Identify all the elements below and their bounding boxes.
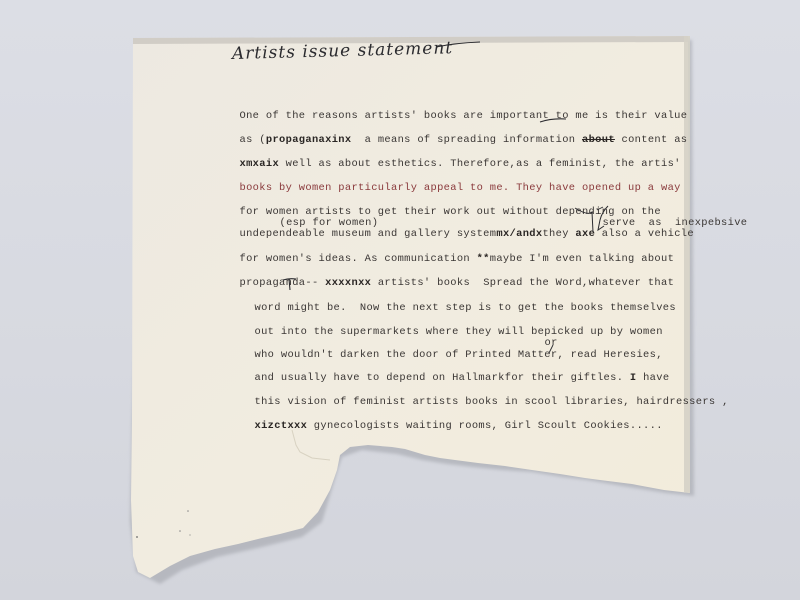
struck-out-text: xxxxnxx — [325, 277, 371, 289]
struck-out-text: about — [582, 134, 615, 146]
struck-out-text: ** — [477, 253, 490, 265]
line-text: as ( — [240, 134, 266, 146]
line-text: propaganda-- — [240, 277, 326, 289]
struck-out-text: axe — [575, 228, 595, 240]
line-text: also a vehicle — [595, 228, 694, 240]
struck-out-text: mx/andx — [496, 228, 542, 240]
struck-out-text: xizctxxx — [255, 420, 308, 432]
typed-line: xizctxxx gynecologists waiting rooms, Gi… — [215, 408, 663, 444]
struck-out-text: propaganaxinx — [266, 134, 352, 146]
line-text: artists' books Spread the Word,whatever … — [371, 277, 674, 289]
line-text: they — [542, 228, 575, 240]
line-text: gynecologists waiting rooms, Girl Scoult… — [307, 420, 663, 432]
line-text: for women's ideas. As communication — [240, 253, 477, 265]
line-text: maybe I'm even talking about — [490, 253, 674, 265]
line-text: a means of spreading information — [351, 134, 582, 146]
line-text: have — [636, 372, 669, 384]
line-text: books by women particularly appeal to me… — [240, 182, 681, 194]
line-text: One of the reasons artists' books are im… — [240, 110, 688, 122]
line-text: and usually have to depend on Hallmarkfo… — [255, 372, 630, 384]
line-text: this vision of feminist artists books in… — [255, 396, 729, 408]
line-text: undependeable museum and gallery system — [240, 228, 497, 240]
line-text: well as about esthetics. Therefore,as a … — [279, 158, 681, 170]
typed-text-body: One of the reasons artists' books are im… — [0, 0, 800, 600]
line-text: content as — [615, 134, 687, 146]
struck-out-text: xmxaix — [240, 158, 280, 170]
line-text: word might be. Now the next step is to g… — [255, 302, 676, 314]
photo-stage: Artists issue statement One of the reaso… — [0, 0, 800, 600]
